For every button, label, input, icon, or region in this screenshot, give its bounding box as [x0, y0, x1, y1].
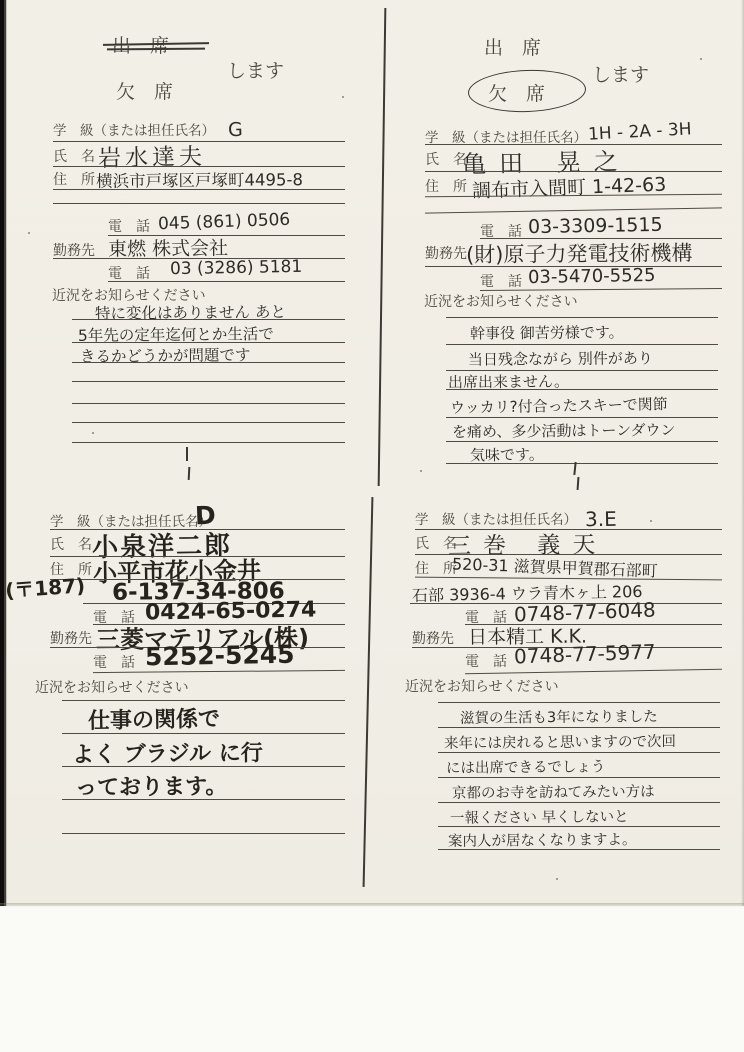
tl-phone2-label: 電 話 [108, 263, 150, 283]
ruled-line [108, 281, 345, 282]
ruled-line [446, 344, 718, 345]
bl-news-line3: っております。 [75, 769, 228, 801]
ruled-line [72, 442, 345, 443]
tr-phone2-value: 03-5470-5525 [528, 265, 656, 288]
ruled-line [72, 362, 345, 363]
br-address-label: 住 所 [415, 558, 457, 578]
scan-speck [556, 878, 558, 880]
ruled-line [438, 777, 720, 778]
br-news-line1: 滋賀の生活も3年になりました [460, 705, 658, 728]
bl-news-line2: よく ブラジル に行 [72, 736, 263, 769]
tl-workplace-label: 勤務先 [53, 240, 95, 260]
ruled-line [72, 381, 345, 382]
ruled-line [438, 702, 720, 703]
br-class-label: 学 級（または担任氏名） [415, 508, 577, 528]
tl-phone-label: 電 話 [108, 216, 150, 236]
ruled-line [438, 826, 720, 827]
tr-name-label: 氏 名 [425, 149, 467, 169]
scan-speck [342, 96, 344, 98]
tl-pen-mark [186, 447, 188, 461]
br-news-line4: 京都のお寺を訪ねてみたい方は [452, 780, 655, 803]
ruled-line [62, 833, 345, 834]
tr-news-line5: を痛め、多少活動はトーンダウン [452, 419, 676, 442]
ruled-line [72, 319, 345, 320]
tl-news-line1: 特に変化はありません あと [95, 300, 286, 324]
ruled-line [446, 389, 718, 390]
ruled-line [446, 417, 718, 418]
ruled-line [438, 802, 720, 803]
tr-shimasu-label: します [592, 60, 649, 87]
br-workplace-label: 勤務先 [412, 628, 454, 648]
scan-speck [28, 232, 30, 234]
tl-shimasu-label: します [227, 56, 284, 83]
tr-news-line2: 当日残念ながら 別件があり [468, 347, 653, 370]
tl-phone2-value: 03 (3286) 5181 [170, 257, 303, 279]
br-phone2-value: 0748-77-5977 [514, 640, 656, 669]
scan-speck [700, 58, 702, 60]
tr-news-line4: ウッカリ?付合ったスキーで関節 [450, 393, 668, 418]
tr-attend-label: 出 席 [484, 33, 541, 60]
tl-absent-label: 欠 席 [116, 77, 173, 104]
ruled-line [53, 189, 345, 190]
br-news-line5: 一報ください 早くしないと [450, 805, 629, 828]
scan-speck [420, 470, 422, 472]
tr-workplace-label: 勤務先 [425, 243, 467, 263]
ruled-line [72, 403, 345, 404]
ruled-line [446, 317, 718, 318]
ruled-line [446, 463, 718, 464]
ruled-line [62, 700, 345, 701]
br-phone2-label: 電 話 [465, 651, 507, 671]
paper-bottom-edge [0, 903, 744, 907]
ruled-line [438, 727, 720, 728]
ruled-line [62, 799, 345, 800]
ruled-line [53, 203, 345, 204]
br-news-line3: には出席できるでしょう [446, 755, 606, 777]
tl-name-label: 氏 名 [53, 146, 95, 166]
tr-workplace-value: (財)原子力発電技術機構 [466, 237, 693, 269]
scan-edge-shadow [0, 0, 7, 906]
tr-news-prompt: 近況をお知らせください [424, 291, 578, 311]
br-news-prompt: 近況をお知らせください [405, 676, 559, 696]
tr-phone-value: 03-3309-1515 [528, 214, 663, 238]
bl-news-prompt: 近況をお知らせください [35, 677, 189, 697]
bl-news-line1: 仕事の関係で [88, 702, 221, 735]
ruled-line [62, 733, 345, 734]
ruled-line [438, 849, 720, 850]
bl-name-label: 氏 名 [50, 534, 92, 554]
ruled-line [62, 766, 345, 767]
tr-address-label: 住 所 [425, 176, 467, 196]
tr-news-line1: 幹事役 御苦労様です。 [470, 321, 624, 343]
scan-speck [650, 520, 652, 522]
tl-address-label: 住 所 [53, 169, 95, 189]
br-news-line2: 来年には戻れると思いますので次回 [444, 730, 676, 753]
ruled-line [438, 752, 720, 753]
tl-news-line3: きるかどうかが問題です [80, 343, 251, 366]
bl-phone2-value: 5252-5245 [145, 640, 295, 672]
bl-postal-code: (〒187) [4, 569, 86, 604]
bl-phone2-label: 電 話 [93, 652, 135, 672]
scan-speck [92, 432, 94, 434]
ruled-line [72, 422, 345, 423]
tr-phone2-label: 電 話 [480, 271, 522, 291]
br-news-line6: 案内人が居なくなりますよ。 [448, 828, 637, 851]
bl-workplace-label: 勤務先 [50, 628, 92, 648]
tl-class-label: 学 級（または担任氏名） [53, 119, 215, 139]
tl-class-value: G [228, 119, 243, 142]
ruled-line [446, 441, 718, 442]
